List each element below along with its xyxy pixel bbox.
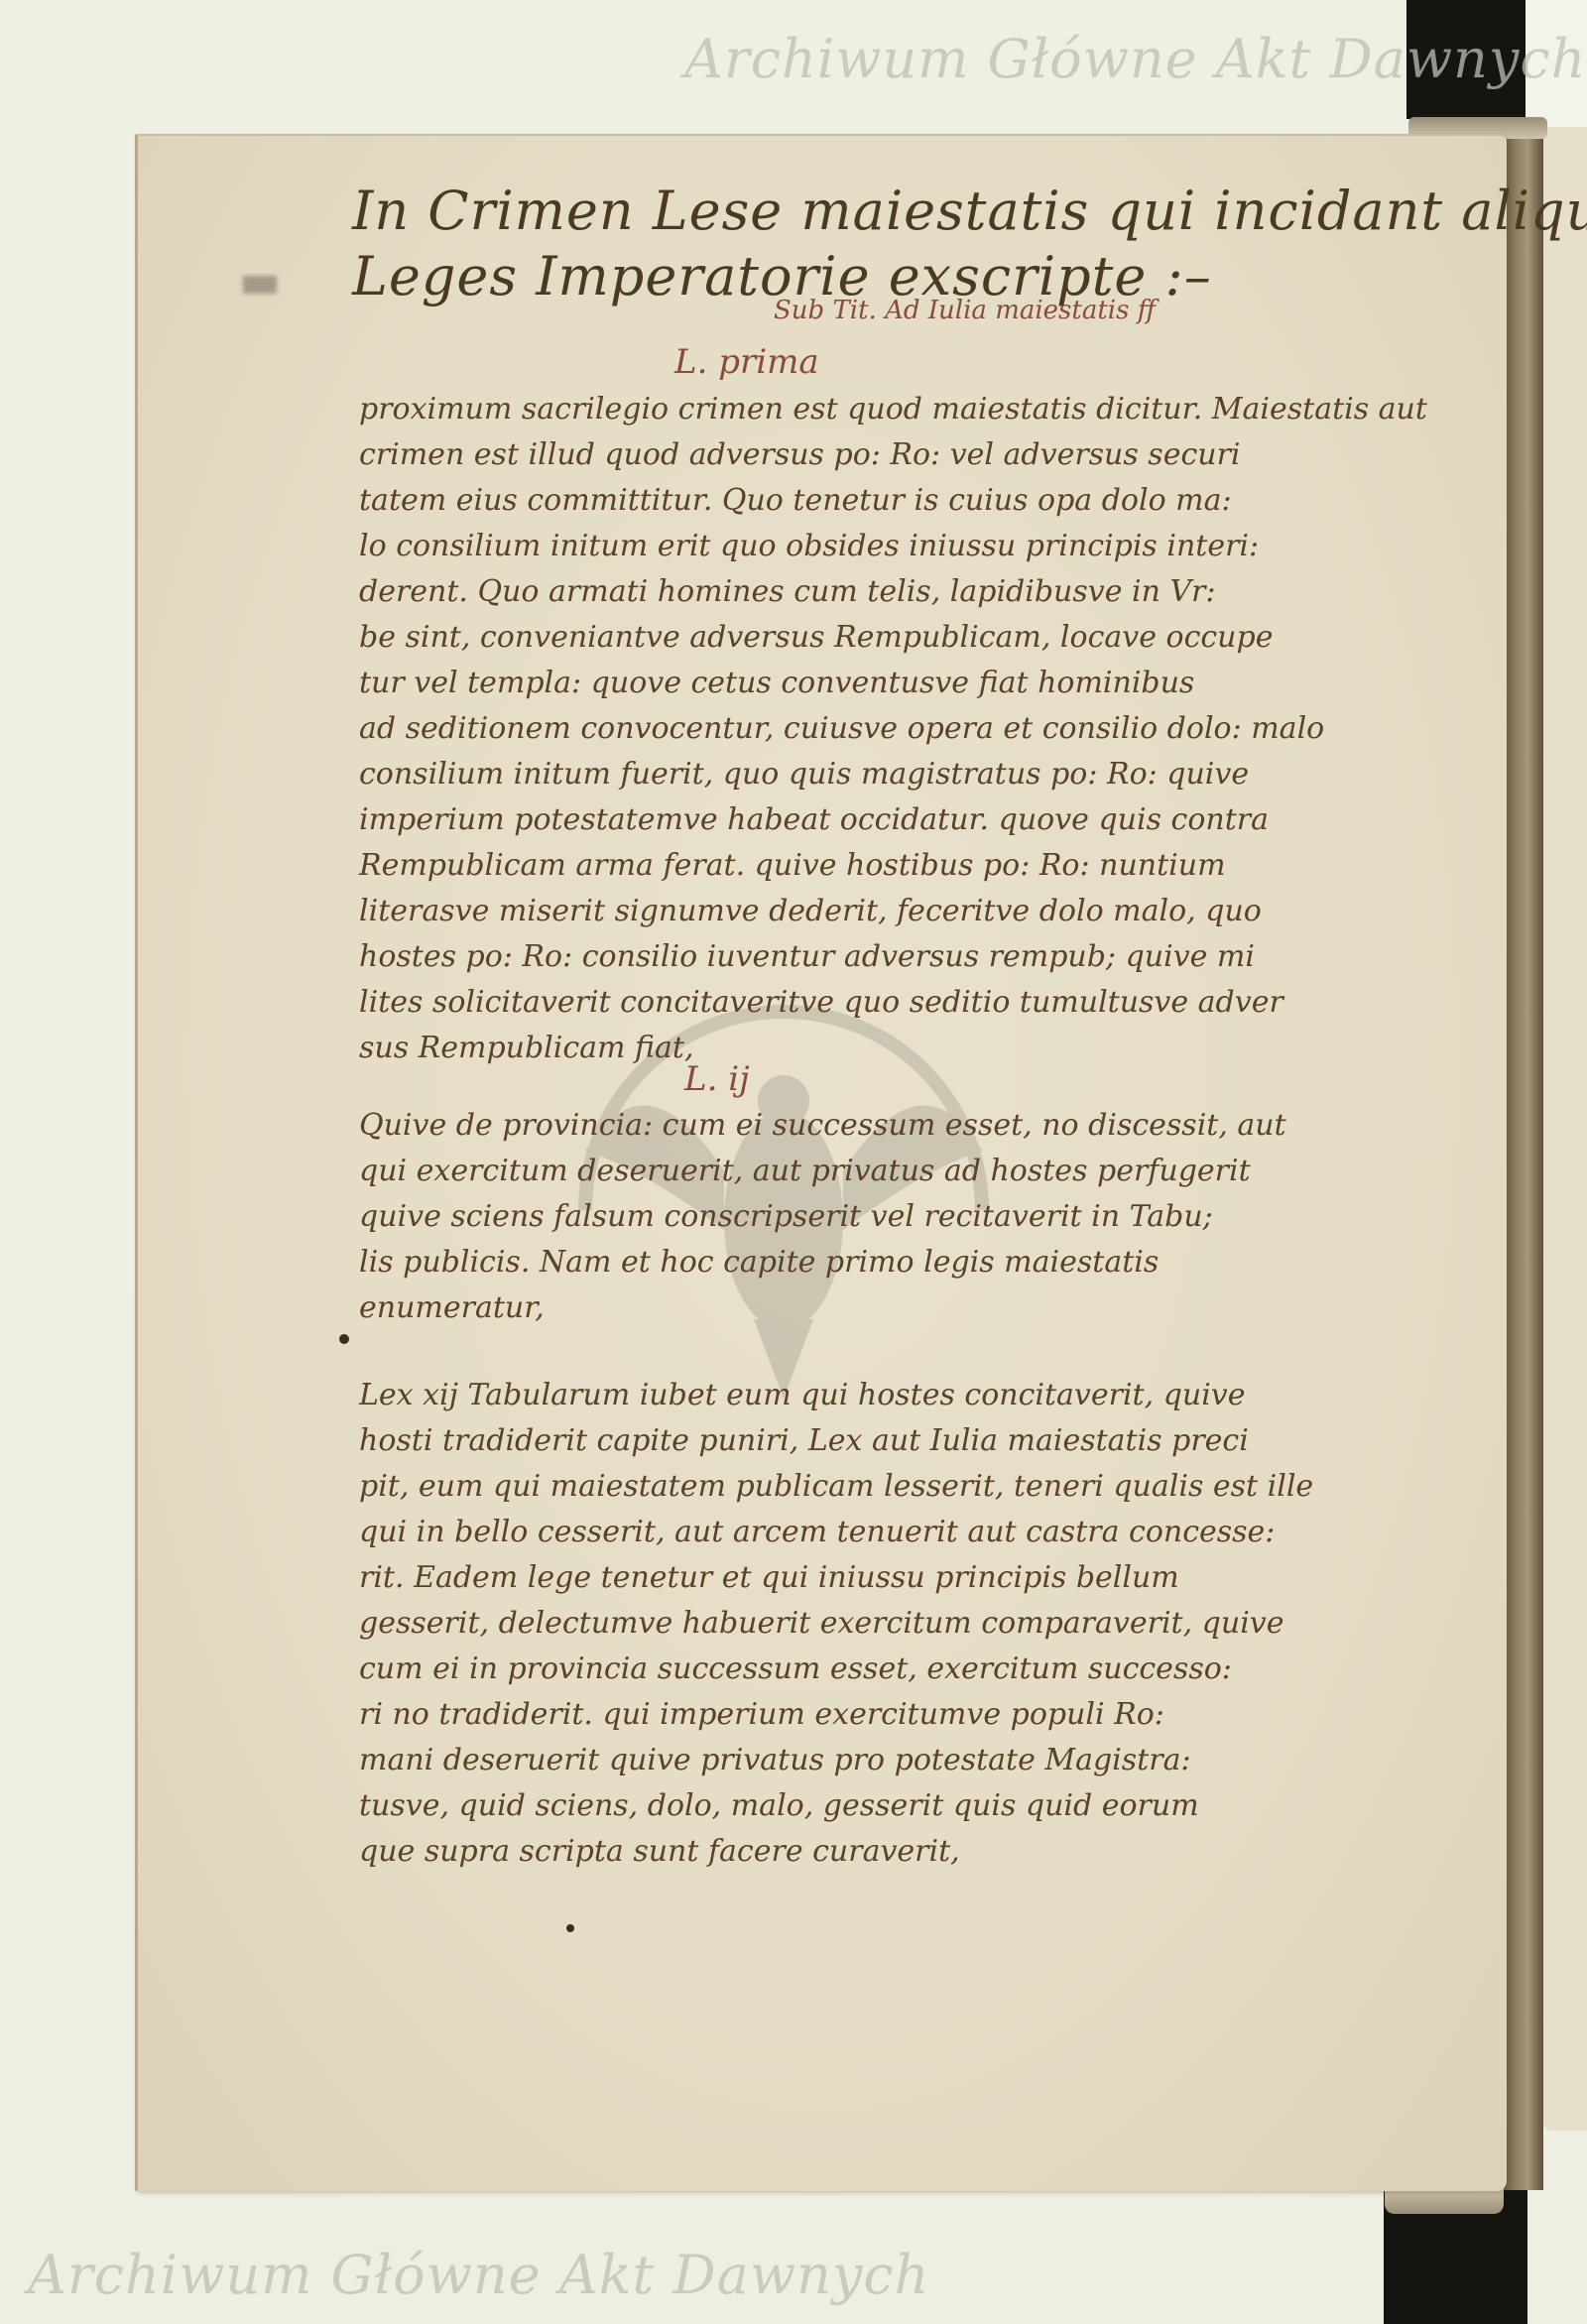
text-line: literasve miserit signumve dederit, fece… (359, 889, 1427, 934)
text-line: crimen est illud quod adversus po: Ro: v… (359, 432, 1427, 478)
text-line: lis publicis. Nam et hoc capite primo le… (359, 1240, 1286, 1285)
text-line: cum ei in provincia successum esset, exe… (359, 1647, 1313, 1692)
text-line: sus Rempublicam fiat, (359, 1026, 1427, 1071)
text-line: enumeratur, (359, 1285, 1286, 1331)
text-line: tatem eius committitur. Quo tenetur is c… (359, 478, 1427, 524)
text-line: rit. Eadem lege tenetur et qui iniussu p… (359, 1555, 1313, 1601)
adjacent-page-edge (1543, 127, 1587, 2131)
text-line: tusve, quid sciens, dolo, malo, gesserit… (359, 1783, 1313, 1829)
text-line: consilium initum fuerit, quo quis magist… (359, 752, 1427, 797)
text-line: derent. Quo armati homines cum telis, la… (359, 569, 1427, 615)
archive-watermark-top: Archiwum Główne Akt Dawnych (684, 28, 1586, 90)
margin-ink-smudge (243, 276, 277, 294)
text-line: Rempublicam arma ferat. quive hostibus p… (359, 843, 1427, 889)
text-line: qui exercitum deseruerit, aut privatus a… (359, 1149, 1286, 1194)
text-line: gesserit, delectumve habuerit exercitum … (359, 1601, 1313, 1647)
title-line-1: In Crimen Lese maiestatis qui incidant a… (352, 179, 1587, 244)
archive-watermark-bottom: Archiwum Główne Akt Dawnych (28, 2244, 929, 2306)
book-gutter (1504, 127, 1543, 2190)
text-line: lo consilium initum erit quo obsides ini… (359, 524, 1427, 569)
text-line: mani deseruerit quive privatus pro potes… (359, 1738, 1313, 1783)
section-3-text: Lex xij Tabularum iubet eum qui hostes c… (359, 1373, 1313, 1875)
text-line: hostes po: Ro: consilio iuventur adversu… (359, 934, 1427, 980)
text-line: ri no tradiderit. qui imperium exercitum… (359, 1692, 1313, 1738)
section-1-text: proximum sacrilegio crimen est quod maie… (359, 387, 1427, 1071)
text-line: hosti tradiderit capite puniri, Lex aut … (359, 1418, 1313, 1464)
text-line: ad seditionem convocentur, cuiusve opera… (359, 706, 1427, 752)
text-line: pit, eum qui maiestatem publicam lesseri… (359, 1464, 1313, 1510)
rubric-subtitle: Sub Tit. Ad Iulia maiestatis ff (774, 296, 1156, 325)
section-2-text: Quive de provincia: cum ei successum ess… (359, 1103, 1286, 1331)
text-line: Lex xij Tabularum iubet eum qui hostes c… (359, 1373, 1313, 1418)
section-heading-lex-ii: L. ij (684, 1059, 750, 1099)
section-heading-lex-prima: L. prima (674, 342, 819, 382)
text-line: qui in bello cesserit, aut arcem tenueri… (359, 1510, 1313, 1555)
text-line: tur vel templa: quove cetus conventusve … (359, 661, 1427, 706)
text-line: quive sciens falsum conscripserit vel re… (359, 1194, 1286, 1240)
ink-dot (566, 1924, 574, 1932)
text-line: proximum sacrilegio crimen est quod maie… (359, 387, 1427, 432)
page-edge-bottom (1385, 2188, 1504, 2214)
text-line: Quive de provincia: cum ei successum ess… (359, 1103, 1286, 1149)
text-line: lites solicitaverit concitaveritve quo s… (359, 980, 1427, 1026)
manuscript-title: In Crimen Lese maiestatis qui incidant a… (352, 179, 1587, 309)
text-line: imperium potestatemve habeat occidatur. … (359, 797, 1427, 843)
text-line: be sint, conveniantve adversus Rempublic… (359, 615, 1427, 661)
text-line: que supra scripta sunt facere curaverit, (359, 1829, 1313, 1875)
ink-dot (339, 1334, 349, 1344)
